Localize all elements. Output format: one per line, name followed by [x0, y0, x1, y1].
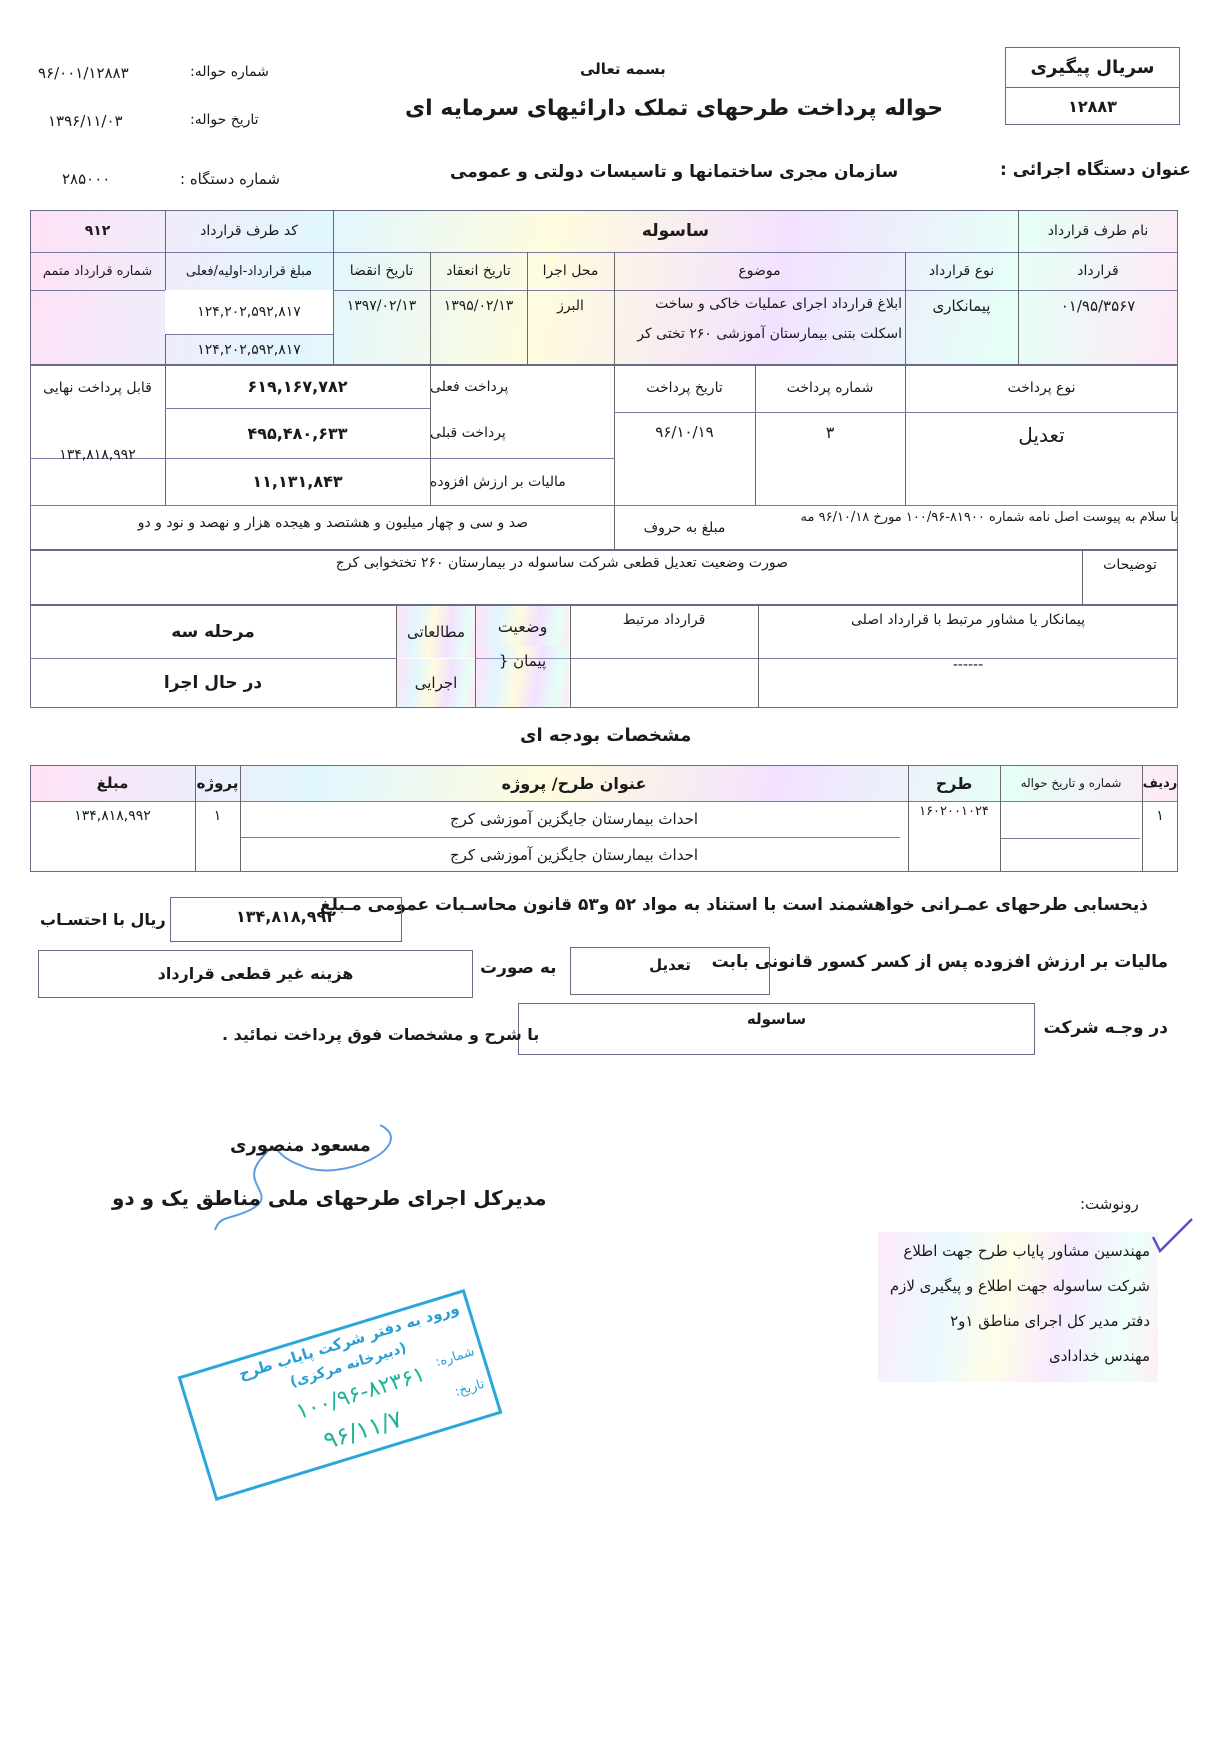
current-payment-value: ۶۱۹,۱۶۷,۷۸۲ — [165, 365, 430, 408]
instruction-cost-type: هزینه غیر قطعی قرارداد — [39, 951, 472, 995]
contractor-value: ------ — [758, 650, 1178, 680]
party-name-label: نام طرف قرارداد — [1018, 210, 1178, 252]
payment-number-label: شماره پرداخت — [755, 365, 905, 410]
phase-label: مرحله سه — [30, 605, 396, 658]
instruction-line3-suffix: با شرح و مشخصات فوق پرداخت نمائید . — [222, 1025, 539, 1044]
vat-value: ۱۱,۱۳۱,۸۴۳ — [165, 458, 430, 505]
copy-item: دفتر مدیر کل اجرای مناطق ۱و۲ — [950, 1312, 1150, 1330]
draft-number-label: شماره حواله: — [190, 64, 269, 80]
budget-plan: ۱۶۰۲۰۰۱۰۲۴ — [908, 801, 1000, 821]
header-conclusion-date: تاریخ انعقاد — [430, 252, 527, 290]
contract-location: البرز — [527, 290, 614, 322]
draft-date-value: ۱۳۹۶/۱۱/۰۳ — [48, 112, 123, 130]
budget-title-plan: احداث بیمارستان جایگزین آموزشی کرج — [240, 801, 908, 837]
contract-number: ۰۱/۹۵/۳۵۶۷ — [1018, 290, 1178, 322]
organization-name: سازمان مجری ساختمانها و تاسیسات دولتی و … — [450, 162, 898, 182]
contract-subject-line1: ابلاغ قرارداد اجرای عملیات خاکی و ساخت — [655, 296, 902, 312]
execution-label: اجرایی — [397, 659, 475, 707]
tracking-serial-label: سریال پیگیری — [1006, 48, 1179, 88]
budget-header-amount: مبلغ — [30, 765, 195, 801]
status-sub: پیمان { — [476, 646, 569, 707]
previous-payment-label: پرداخت قبلی — [430, 408, 614, 458]
instruction-as-label: به صورت — [480, 958, 557, 978]
related-contract-value — [570, 658, 758, 708]
amount-in-words-value: صد و سی و چهار میلیون و هشتصد و هیجده هز… — [138, 515, 528, 531]
instruction-line3: در وجـه شرکت — [1044, 1018, 1168, 1038]
amount-in-words-label: مبلغ به حروف — [614, 505, 755, 550]
instruction-company: ساسوله — [519, 1004, 1034, 1034]
budget-title-project: احداث بیمارستان جایگزین آموزشی کرج — [240, 837, 908, 872]
related-contract-label: قرارداد مرتبط — [570, 605, 758, 635]
phase-status: در حال اجرا — [30, 658, 396, 708]
party-code-value: ۹۱۲ — [30, 210, 165, 252]
description-label: توضیحات — [1082, 550, 1178, 580]
header-supplement-number: شماره قرارداد متمم — [30, 252, 165, 290]
budget-header-project: پروژه — [195, 765, 240, 801]
stamp-date-label: تاریخ: — [453, 1377, 486, 1400]
budget-header-row: ردیف — [1142, 765, 1178, 801]
signature-scribble-icon — [200, 1115, 420, 1235]
copy-item: مهندس خدادادی — [1049, 1347, 1150, 1365]
stamp-number-label: شماره: — [434, 1344, 476, 1370]
party-code-label: کد طرف قرارداد — [165, 210, 333, 252]
header-contract-type: نوع قرارداد — [905, 252, 1018, 290]
device-number-label: شماره دستگاه : — [180, 170, 280, 188]
instruction-reason: تعدیل — [571, 948, 769, 982]
payment-date-label: تاریخ پرداخت — [614, 365, 755, 410]
previous-payment-value: ۴۹۵,۴۸۰,۶۳۳ — [165, 408, 430, 458]
contract-subject-line2: اسکلت بتنی بیمارستان آموزشی ۲۶۰ تختی کر — [637, 326, 902, 342]
header-expiry-date: تاریخ انقضا — [333, 252, 430, 290]
study-label: مطالعاتی — [397, 606, 475, 658]
instruction-amount-box: ۱۳۴,۸۱۸,۹۹۲ — [170, 897, 402, 942]
status-label: وضعیت — [476, 606, 569, 646]
signatory-name: مسعود منصوری — [230, 1135, 371, 1156]
draft-number-value: ۹۶/۰۰۱/۱۲۸۸۳ — [38, 64, 129, 82]
description-value: صورت وضعیت تعدیل قطعی شرکت ساسوله در بیم… — [336, 555, 788, 571]
payment-date-value: ۹۶/۱۰/۱۹ — [614, 412, 755, 452]
contractor-label: پیمانکار یا مشاور مرتبط با قرارداد اصلی — [758, 605, 1178, 635]
contract-conclusion-date: ۱۳۹۵/۰۲/۱۳ — [430, 290, 527, 322]
instruction-cost-type-box: هزینه غیر قطعی قرارداد — [38, 950, 473, 998]
instruction-line2: مالیات بر ارزش افزوده پس از کسر کسور قان… — [712, 952, 1168, 972]
current-payment-label: پرداخت فعلی — [430, 365, 614, 408]
contract-amount-initial: ۱۲۴,۲۰۲,۵۹۲,۸۱۷ — [165, 290, 333, 334]
instruction-company-box: ساسوله — [518, 1003, 1035, 1055]
executive-device-label: عنوان دستگاه اجرائی : — [1000, 160, 1191, 180]
budget-row: ۱ — [1142, 801, 1178, 831]
payment-type-value: تعدیل — [905, 412, 1178, 457]
final-payable-label: قابل پرداخت نهایی — [30, 365, 165, 410]
header-amount: مبلغ قرارداد-اولیه/فعلی — [165, 252, 333, 290]
instruction-reason-box: تعدیل — [570, 947, 770, 995]
tracking-serial-value: ۱۲۸۸۳ — [1006, 88, 1179, 124]
signatory-position: مدیرکل اجرای طرحهای ملی مناطق یک و دو — [112, 1186, 547, 1210]
contract-expiry-date: ۱۳۹۷/۰۲/۱۳ — [333, 290, 430, 322]
copy-item: مهندسین مشاور پایاب طرح جهت اطلاع — [903, 1242, 1150, 1260]
budget-header-plan: طرح — [908, 765, 1000, 801]
payment-number-value: ۳ — [755, 412, 905, 452]
header-contract: قرارداد — [1018, 252, 1178, 290]
budget-amount: ۱۳۴,۸۱۸,۹۹۲ — [30, 801, 195, 831]
header-location: محل اجرا — [527, 252, 614, 290]
budget-project: ۱ — [195, 801, 240, 831]
copy-item: شرکت ساسوله جهت اطلاع و پیگیری لازم — [890, 1277, 1150, 1295]
letter-note: با سلام به پیوست اصل نامه شماره ۸۱۹۰۰-۱۰… — [758, 510, 1178, 525]
instruction-line1: ذیحسابی طرحهای عمـرانی خواهشمند است با ا… — [320, 895, 1148, 915]
vat-label: مالیات بر ارزش افزوده — [430, 458, 614, 505]
payment-type-label: نوع پرداخت — [905, 365, 1178, 410]
budget-header-title: عنوان طرح/ پروژه — [240, 765, 908, 801]
budget-title: مشخصات بودجه ای — [520, 725, 691, 746]
instruction-amount: ۱۳۴,۸۱۸,۹۹۲ — [171, 898, 401, 934]
check-mark-icon — [1150, 1215, 1195, 1255]
budget-header-draft: شماره و تاریخ حواله — [1000, 765, 1142, 801]
contract-type: پیمانکاری — [905, 290, 1018, 322]
bismillah: بسمه تعالی — [580, 60, 666, 78]
tracking-serial-box: سریال پیگیری ۱۲۸۸۳ — [1005, 47, 1180, 125]
final-payable-value: ۱۳۴,۸۱۸,۹۹۲ — [30, 440, 165, 470]
draft-date-label: تاریخ حواله: — [190, 112, 259, 128]
copies-label: رونوشت: — [1080, 1195, 1139, 1213]
device-number-value: ۲۸۵۰۰۰ — [62, 170, 110, 188]
header-subject: موضوع — [614, 252, 905, 290]
document-title: حواله پرداخت طرحهای تملک دارائیهای سرمای… — [405, 96, 943, 121]
receipt-stamp: ورود به دفتر شرکت پایاب طرح (دبیرخانه مر… — [178, 1289, 503, 1501]
party-name-value: ساسوله — [333, 210, 1018, 252]
contract-amount-current: ۱۲۴,۲۰۲,۵۹۲,۸۱۷ — [165, 335, 333, 365]
budget-draft — [1000, 801, 1142, 831]
instruction-line1-suffix: ریال با احتسـاب — [40, 910, 166, 929]
